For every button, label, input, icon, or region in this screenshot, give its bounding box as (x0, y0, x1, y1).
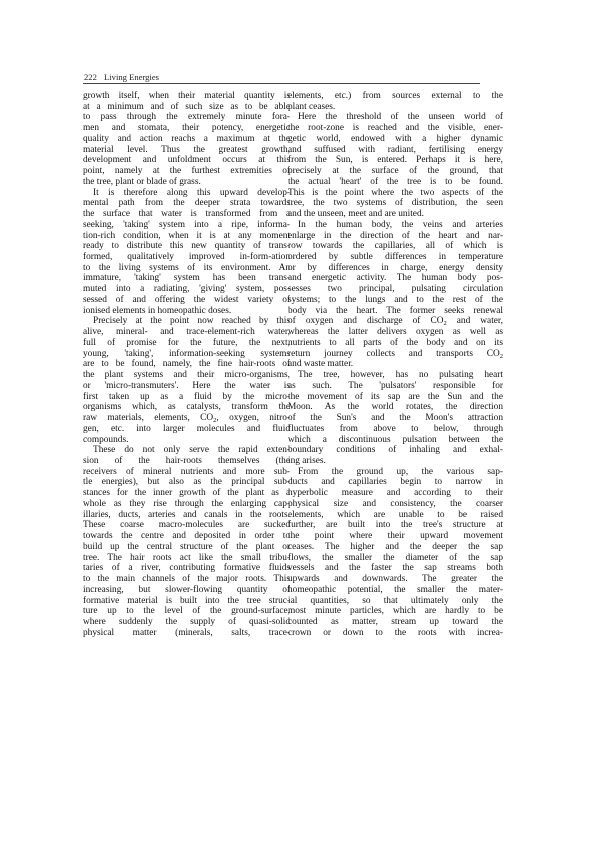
book-title: Living Energies (104, 72, 159, 82)
text-line: These do not only serve the rapid exten- (83, 445, 290, 456)
text-line: build up the central structure of the pl… (83, 542, 290, 553)
text-line: nutrients to all parts of the body and o… (288, 338, 503, 349)
text-line: of oxygen and discharge of CO2 and water… (288, 316, 503, 327)
text-line: This is the point where the two aspects … (288, 188, 503, 199)
text-line: getic world, endowed with a higher dynam… (288, 134, 503, 145)
text-line: hyperbolic measure and according to thei… (288, 488, 503, 499)
text-line: and the unseen, meet and are united. (288, 209, 503, 220)
text-line: physical matter (minerals, salts, trace- (83, 628, 290, 639)
text-line: row towards the capillaries, all of whic… (288, 241, 503, 252)
text-line: Here the threshold of the unseen world o… (288, 112, 503, 123)
text-line: elements, etc.) from sources external to… (288, 91, 503, 102)
text-line: whereas the latter delivers oxygen as we… (288, 327, 503, 338)
text-line: material level. Thus the greatest growth… (83, 145, 290, 156)
text-line: ordered by subtle differences in tempera… (288, 252, 503, 263)
text-line: flows, the smaller the diameter of the s… (288, 553, 503, 564)
text-line: compounds. (83, 435, 290, 446)
text-column-right: elements, etc.) from sources external to… (288, 91, 503, 638)
text-line: ready to distribute this new quantity of… (83, 241, 290, 252)
text-line: young, 'taking', information-seeking sys… (83, 349, 290, 360)
text-line: mental path from the deeper strata towar… (83, 198, 290, 209)
text-line: quality and action reachs a maximum at t… (83, 134, 290, 145)
text-line: vessels and the faster the sap streams b… (288, 563, 503, 574)
text-line: whole as they rise through the enlarging… (83, 499, 290, 510)
text-line: are to be found, namely, the fine hair-r… (83, 359, 290, 370)
text-line: enlarge in the direction of the heart an… (288, 231, 503, 242)
text-line: taries of a river, contributing formativ… (83, 563, 290, 574)
text-line: the surface that water is transformed fr… (83, 209, 290, 220)
text-line: sesses two principal, pulsating circulat… (288, 284, 503, 295)
subscript: 2 (213, 417, 216, 424)
text-line: elements, which are unable to be raised (288, 510, 503, 521)
text-line: sessed of and offering the widest variet… (83, 295, 290, 306)
text-line: further, are built into the tree's struc… (288, 520, 503, 531)
text-line: return journey collects and transports C… (288, 349, 503, 360)
text-line: the root-zone is reached and the visible… (288, 123, 503, 134)
document-page: 222 Living Energies growth itself, when … (0, 0, 595, 842)
text-line: tion-rich condition, when it is at any m… (83, 231, 290, 242)
text-line: ionised elements in homeopathic doses. (83, 306, 290, 317)
text-line: most minute particles, which are hardly … (288, 606, 503, 617)
text-line: growth itself, when their material quant… (83, 91, 290, 102)
text-line: systems; to the lungs and to the rest of… (288, 295, 503, 306)
text-line: the actual 'heart' of the tree is to be … (288, 177, 503, 188)
text-line: the point where their upward movement (288, 531, 503, 542)
text-line: The tree, however, has no pulsating hear… (288, 370, 503, 381)
text-line: to pass through the extremely minute for… (83, 112, 290, 123)
text-line: ceases. The higher and the deeper the sa… (288, 542, 503, 553)
page-number: 222 (84, 72, 97, 82)
text-line: to the main channels of the major roots.… (83, 574, 290, 585)
text-column-left: growth itself, when their material quant… (83, 91, 290, 638)
text-line: crown or down to the roots with increa- (288, 628, 503, 639)
text-line: or 'micro-transmuters'. Here the water i… (83, 381, 290, 392)
text-line: ial quantities, so that ultimately only … (288, 596, 503, 607)
text-line: where suddenly the supply of quasi-solid (83, 617, 290, 628)
text-line: as such. The 'pulsators' responsible for (288, 381, 503, 392)
text-line: From the ground up, the various sap- (288, 467, 503, 478)
text-line: In the human body, the veins and arterie… (288, 220, 503, 231)
text-line: Moon. As the world rotates, the directio… (288, 402, 503, 413)
text-line: of the Sun's and the Moon's attraction (288, 413, 503, 424)
text-line: ing arises. (288, 456, 503, 467)
text-line: stances for the inner growth of the plan… (83, 488, 290, 499)
text-line: ducts and capillaries begin to narrow in (288, 477, 503, 488)
text-line: plant ceases. (288, 102, 503, 113)
text-line: homeopathic potential, the smaller the m… (288, 585, 503, 596)
header-rule (83, 83, 480, 84)
text-line: sion of the hair-roots themselves (the (83, 456, 290, 467)
text-line: men and stomata, their potency, energeti… (83, 123, 290, 134)
text-line: and energetic activity. The human body p… (288, 273, 503, 284)
text-line: formative material is built into the tre… (83, 596, 290, 607)
text-line: the tree, plant or blade of grass. (83, 177, 290, 188)
text-line: or by differences in charge, energy dens… (288, 263, 503, 274)
text-line: upwards and downwards. The greater the (288, 574, 503, 585)
text-line: formed, qualitatively improved in-form-a… (83, 252, 290, 263)
text-line: These coarse macro-molecules are sucked (83, 520, 290, 531)
text-line: point, namely at the furthest extremitie… (83, 166, 290, 177)
text-line: Precisely at the point now reached by th… (83, 316, 290, 327)
text-line: immature, 'taking' system has been trans… (83, 273, 290, 284)
text-line: physical size and consistency, the coars… (288, 499, 503, 510)
text-line: to the living systems of its environment… (83, 263, 290, 274)
text-line: which a discontinuous pulsation between … (288, 435, 503, 446)
text-line: and suffused with radiant, fertilising e… (288, 145, 503, 156)
text-line: increasing, but slower-flowing quantity … (83, 585, 290, 596)
text-line: ture up to the level of the ground-surfa… (83, 606, 290, 617)
running-head: 222 Living Energies (84, 72, 159, 82)
text-line: alive, mineral- and trace-element-rich w… (83, 327, 290, 338)
text-line: tree. The hair roots act like the small … (83, 553, 290, 564)
text-line: at a minimum and of such size as to be a… (83, 102, 290, 113)
text-line: precisely at the surface of the ground, … (288, 166, 503, 177)
text-line: body via the heart. The former seeks ren… (288, 306, 503, 317)
text-line: counted as matter, stream up toward the (288, 617, 503, 628)
text-line: tle energies), but also as the principal… (83, 477, 290, 488)
text-line: the plant systems and their micro-organi… (83, 370, 290, 381)
subscript: 2 (500, 353, 503, 360)
text-line: towards the centre and deposited in orde… (83, 531, 290, 542)
text-line: development and unfoldment occurs at thi… (83, 155, 290, 166)
text-line: the movement of its sap are the Sun and … (288, 392, 503, 403)
text-line: seeking, 'taking' system into a ripe, in… (83, 220, 290, 231)
text-line: fluctuates from above to below, through (288, 424, 503, 435)
text-line: gen, etc. into larger molecules and flui… (83, 424, 290, 435)
text-line: full of promise for the future, the next… (83, 338, 290, 349)
text-line: It is therefore along this upward develo… (83, 188, 290, 199)
text-line: illaries, ducts, arteries and canals in … (83, 510, 290, 521)
text-line: organisms which, as catalysts, transform… (83, 402, 290, 413)
text-line: tree, the two systems of distribution, t… (288, 198, 503, 209)
text-line: receivers of mineral nutrients and more … (83, 467, 290, 478)
text-line: and waste matter. (288, 359, 503, 370)
text-line: from the Sun, is entered. Perhaps it is … (288, 155, 503, 166)
text-line: boundary conditions of inhaling and exha… (288, 445, 503, 456)
text-line: muted into a radiating, 'giving' system,… (83, 284, 290, 295)
text-line: first taken up as a fluid by the micro- (83, 392, 290, 403)
text-line: raw materials, elements, CO2, oxygen, ni… (83, 413, 290, 424)
